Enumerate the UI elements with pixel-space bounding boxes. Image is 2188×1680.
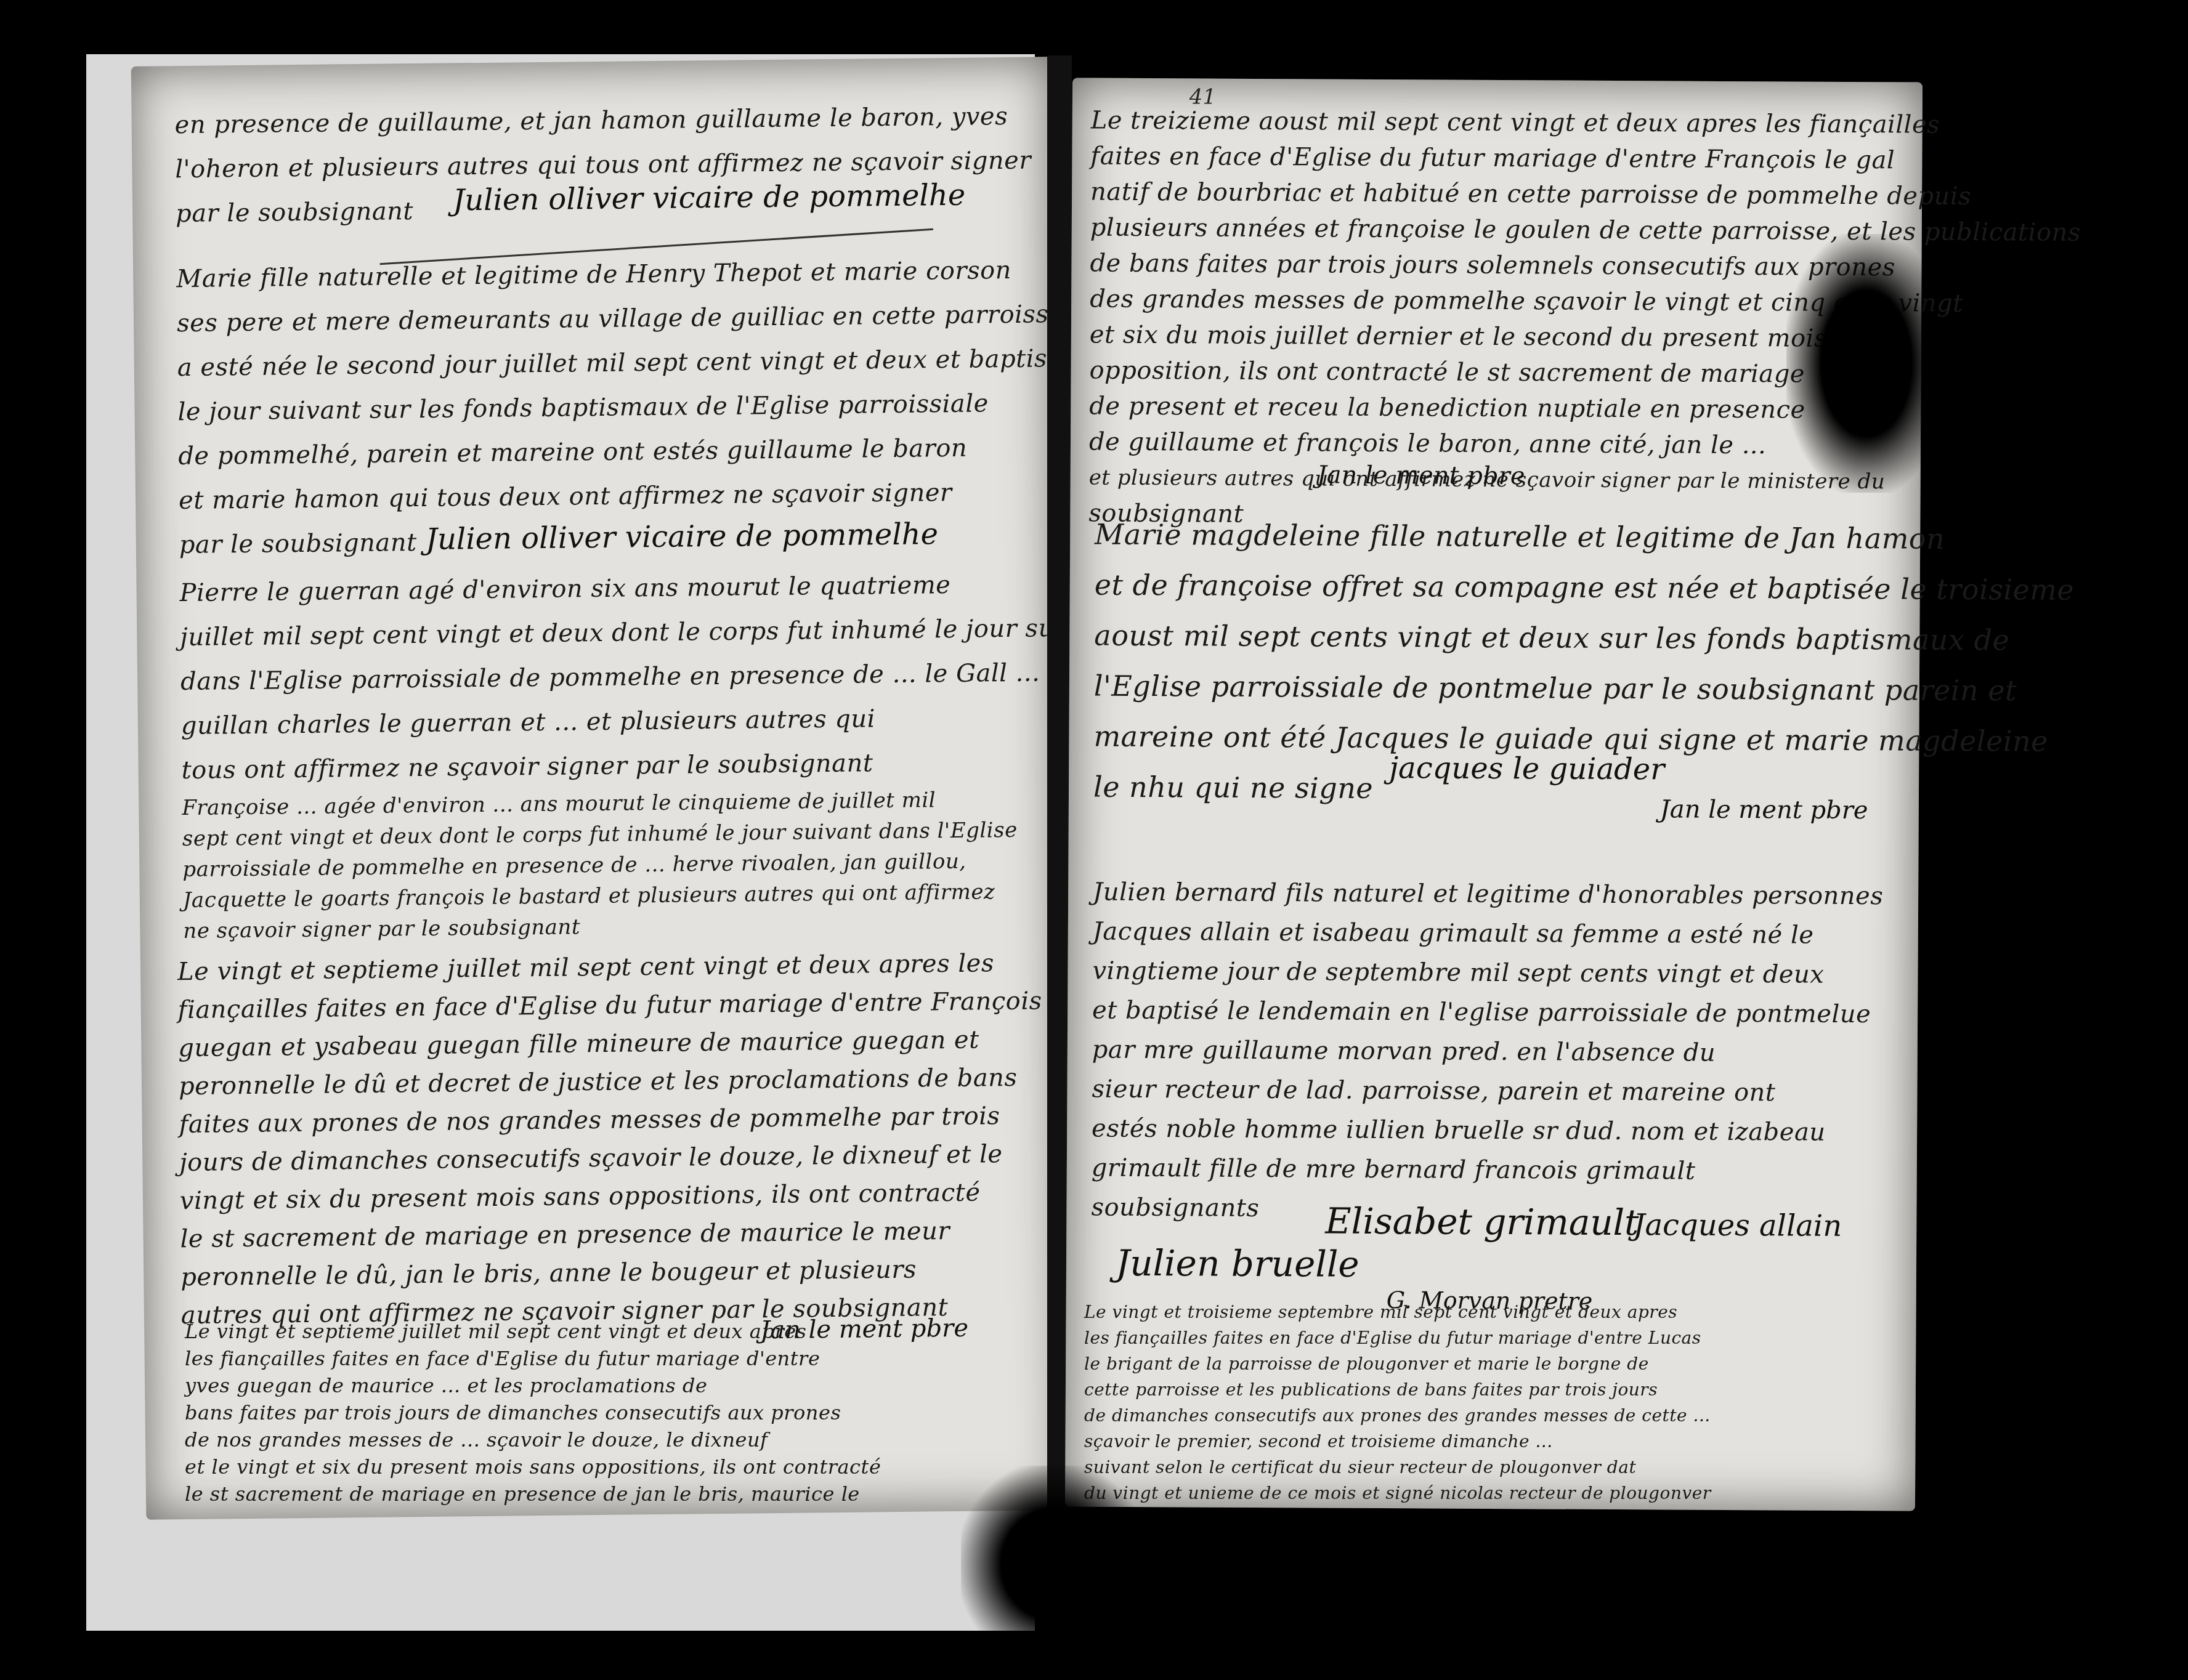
signature: Jacques allain [1633, 1208, 1842, 1243]
text-line: Le vingt et septieme juillet mil sept ce… [185, 1318, 881, 1345]
entry-r4: Le vingt et troisieme septembre mil sept… [1084, 1299, 1711, 1506]
text-line: cette parroisse et les publications de b… [1084, 1377, 1711, 1403]
text-line: le brigant de la parroisse de plougonver… [1084, 1351, 1711, 1377]
text-line: et de françoise offret sa compagne est n… [1095, 560, 2075, 615]
signature: Julien olliver vicaire de pommelhe [453, 178, 966, 218]
text-line: les fiançailles faites en face d'Eglise … [185, 1345, 881, 1372]
damage-spot [1786, 234, 1947, 493]
entry-r3: Julien bernard fils naturel et legitime … [1091, 873, 1883, 1232]
signature: Julien bruelle [1116, 1242, 1359, 1285]
text-line: grimault fille de mre bernard francois g… [1092, 1149, 1882, 1192]
text-line: vingtieme jour de septembre mil sept cen… [1092, 951, 1882, 995]
signature: Elisabet grimault [1325, 1200, 1639, 1244]
text-line: sieur recteur de lad. parroisse, parein … [1092, 1070, 1882, 1113]
text-line: de dimanches consecutifs aux prones des … [1084, 1403, 1711, 1429]
entry-l5: Le vingt et septieme juillet mil sept ce… [177, 943, 1045, 1335]
text-line: sçavoir le premier, second et troisieme … [1084, 1429, 1711, 1455]
left-page: en presence de guillaume, et jan hamon g… [131, 57, 1068, 1520]
text-line: Marie magdeleine fille naturelle et legi… [1095, 509, 2075, 565]
text-line: les fiançailles faites en face d'Eglise … [1084, 1325, 1711, 1351]
text-line: estés noble homme iullien bruelle sr dud… [1092, 1109, 1882, 1153]
text-line: Jacques allain et isabeau grimault sa fe… [1093, 912, 1883, 956]
text-line: l'Eglise parroissiale de pontmelue par l… [1094, 661, 2074, 716]
entry-l2: Marie fille naturelle et legitime de Hen… [176, 248, 1079, 567]
signature: Julien olliver vicaire de pommelhe [425, 517, 938, 557]
text-line: du vingt et unieme de ce mois et signé n… [1084, 1480, 1711, 1506]
text-line: faites en face d'Eglise du futur mariage… [1090, 139, 2081, 179]
text-line: par mre guillaume morvan pred. en l'abse… [1092, 1030, 1882, 1074]
text-line: et baptisé le lendemain en l'eglise parr… [1092, 991, 1882, 1035]
entry-l3: Pierre le guerran agé d'environ six ans … [179, 561, 1120, 793]
signature: Jan le ment pbre [1317, 461, 1525, 490]
text-line: de nos grandes messes de ... sçavoir le … [185, 1426, 881, 1453]
text-line: et le vingt et six du present mois sans … [185, 1453, 881, 1480]
scan-image: en presence de guillaume, et jan hamon g… [0, 0, 2188, 1680]
text-line: le st sacrement de mariage en presence d… [185, 1480, 881, 1508]
entry-l4: Françoise ... agée d'environ ... ans mou… [182, 784, 1018, 947]
text-line: natif de bourbriac et habitué en cette p… [1090, 174, 2081, 215]
text-line: aoust mil sept cents vingt et deux sur l… [1094, 610, 2074, 666]
signature: jacques le guiader [1389, 751, 1664, 786]
text-line: Le vingt et troisieme septembre mil sept… [1084, 1299, 1711, 1325]
text-line: suivant selon le certificat du sieur rec… [1084, 1455, 1711, 1480]
damage-spot [961, 1466, 1146, 1663]
text-line: yves guegan de maurice ... et les procla… [185, 1372, 881, 1399]
entry-l6: Le vingt et septieme juillet mil sept ce… [185, 1318, 881, 1508]
signature: Jan le ment pbre [1660, 795, 1868, 825]
text-line: Le treizieme aoust mil sept cent vingt e… [1091, 103, 2081, 143]
text-line: bans faites par trois jours de dimanches… [185, 1399, 881, 1426]
text-line: et marie hamon qui tous deux ont affirme… [179, 469, 1079, 523]
text-line: Julien bernard fils naturel et legitime … [1093, 873, 1883, 916]
